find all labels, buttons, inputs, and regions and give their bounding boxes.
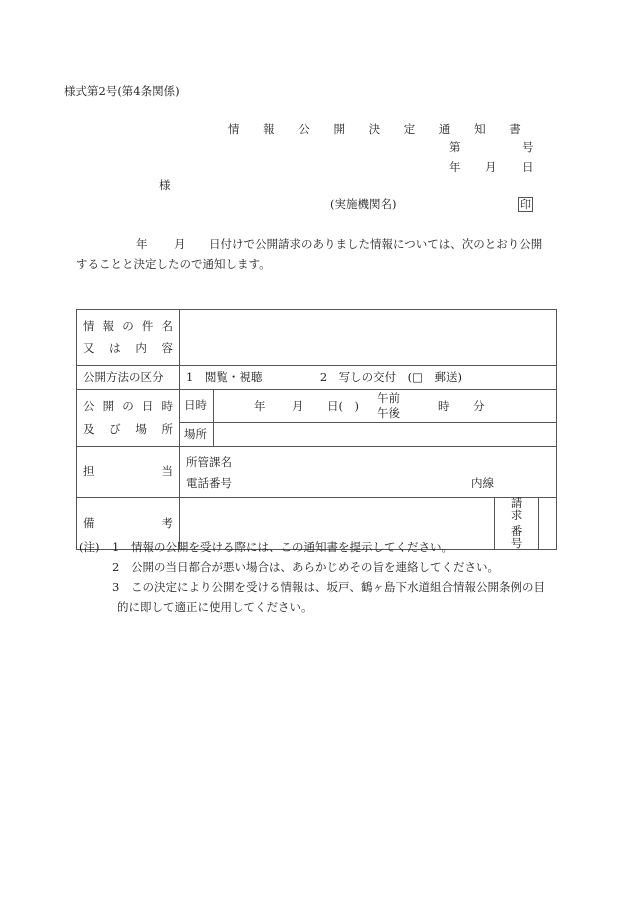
label-char: 内 xyxy=(135,343,147,355)
contact-label: 担 当 xyxy=(77,447,180,498)
pm-label: 午後 xyxy=(377,408,400,420)
day-label: 日( ) xyxy=(327,401,359,413)
body-year: 年 xyxy=(136,239,148,251)
request-number-label: 請 求 番 号 xyxy=(495,498,539,550)
number-suffix: 号 xyxy=(522,142,534,154)
request-number-line1: 請 求 xyxy=(500,498,533,521)
method-options[interactable]: 1 閲覧・視聴 2 写しの交付 (□ 郵送) xyxy=(180,366,557,390)
label-char: 件 xyxy=(142,321,154,333)
label-char: 所 xyxy=(161,424,173,436)
place-sublabel: 場所 xyxy=(180,423,214,447)
method-label: 公開方法の区分 xyxy=(77,366,180,390)
label-char: 担 xyxy=(83,466,95,478)
hour-label: 時 xyxy=(438,401,450,413)
note-text: 情報の公開を受ける際には、この通知書を提示してください。 xyxy=(131,542,453,554)
note-number: 1 xyxy=(112,542,119,554)
label-char: 日 xyxy=(142,401,154,413)
form-code: 様式第2号(第4条関係) xyxy=(64,86,180,98)
phone-label: 電話番号 xyxy=(186,478,232,490)
label-char: 時 xyxy=(162,401,174,413)
label-char: は xyxy=(109,343,121,355)
label-char: 備 xyxy=(83,518,95,530)
label-char: び xyxy=(109,424,121,436)
agency-label: (実施機関名) xyxy=(330,199,396,211)
contact-field[interactable]: 所管課名 電話番号 内線 xyxy=(180,447,557,498)
label-char: 当 xyxy=(162,466,174,478)
note-number: 2 xyxy=(112,562,119,574)
seal-stamp: 印 xyxy=(518,197,533,212)
subject-label: 情 報 の 件 名 又 は 内 容 xyxy=(77,310,180,366)
body-line1: 日付けで公開請求のありました情報については、次のとおり公開 xyxy=(209,239,542,251)
extension-label: 内線 xyxy=(471,478,494,490)
label-char: 開 xyxy=(103,401,115,413)
datetime-label: 公 開 の 日 時 及 び 場 所 xyxy=(77,390,180,447)
label-char: 場 xyxy=(135,424,147,436)
note-continuation: 的に即して適正に使用してください。 xyxy=(117,602,313,614)
information-form-table: 情 報 の 件 名 又 は 内 容 公開方法の区分 1 閲覧・視聴 2 写しの交… xyxy=(76,309,557,550)
body-line2: することと決定したので通知します。 xyxy=(76,259,271,271)
notes-prefix: (注) xyxy=(79,542,99,554)
am-label: 午前 xyxy=(377,393,400,405)
label-char: の xyxy=(122,401,134,413)
date-day: 日 xyxy=(522,162,534,174)
addressee-suffix: 様 xyxy=(159,180,171,192)
note-text: 公開の当日都合が悪い場合は、あらかじめその旨を連絡してください。 xyxy=(131,562,499,574)
date-month: 月 xyxy=(485,162,497,174)
label-char: 報 xyxy=(103,321,115,333)
label-char: の xyxy=(122,321,134,333)
datetime-sublabel: 日時 xyxy=(180,390,214,423)
year-label: 年 xyxy=(254,401,266,413)
subject-field[interactable] xyxy=(180,310,557,366)
label-char: 名 xyxy=(162,321,174,333)
department-label: 所管課名 xyxy=(186,457,232,469)
label-char: 考 xyxy=(162,518,174,530)
label-char: 公 xyxy=(83,401,95,413)
number-prefix: 第 xyxy=(449,142,461,154)
body-month: 月 xyxy=(174,239,186,251)
place-field[interactable] xyxy=(214,423,557,447)
datetime-field[interactable]: 年 月 日( ) 午前 午後 時 分 xyxy=(214,390,557,423)
label-char: 及 xyxy=(83,424,95,436)
note-text: この決定により公開を受ける情報は、坂戸、鶴ヶ島下水道組合情報公開条例の目 xyxy=(131,582,545,594)
label-char: 又 xyxy=(83,343,95,355)
note-number: 3 xyxy=(112,582,119,594)
page-title: 情 報 公 開 決 定 通 知 書 xyxy=(228,124,531,136)
date-year: 年 xyxy=(449,162,461,174)
request-number-field[interactable] xyxy=(539,498,557,550)
label-char: 容 xyxy=(161,343,173,355)
label-char: 情 xyxy=(83,321,95,333)
month-label: 月 xyxy=(292,401,304,413)
minute-label: 分 xyxy=(473,401,485,413)
request-number-line2: 番 号 xyxy=(500,526,533,549)
